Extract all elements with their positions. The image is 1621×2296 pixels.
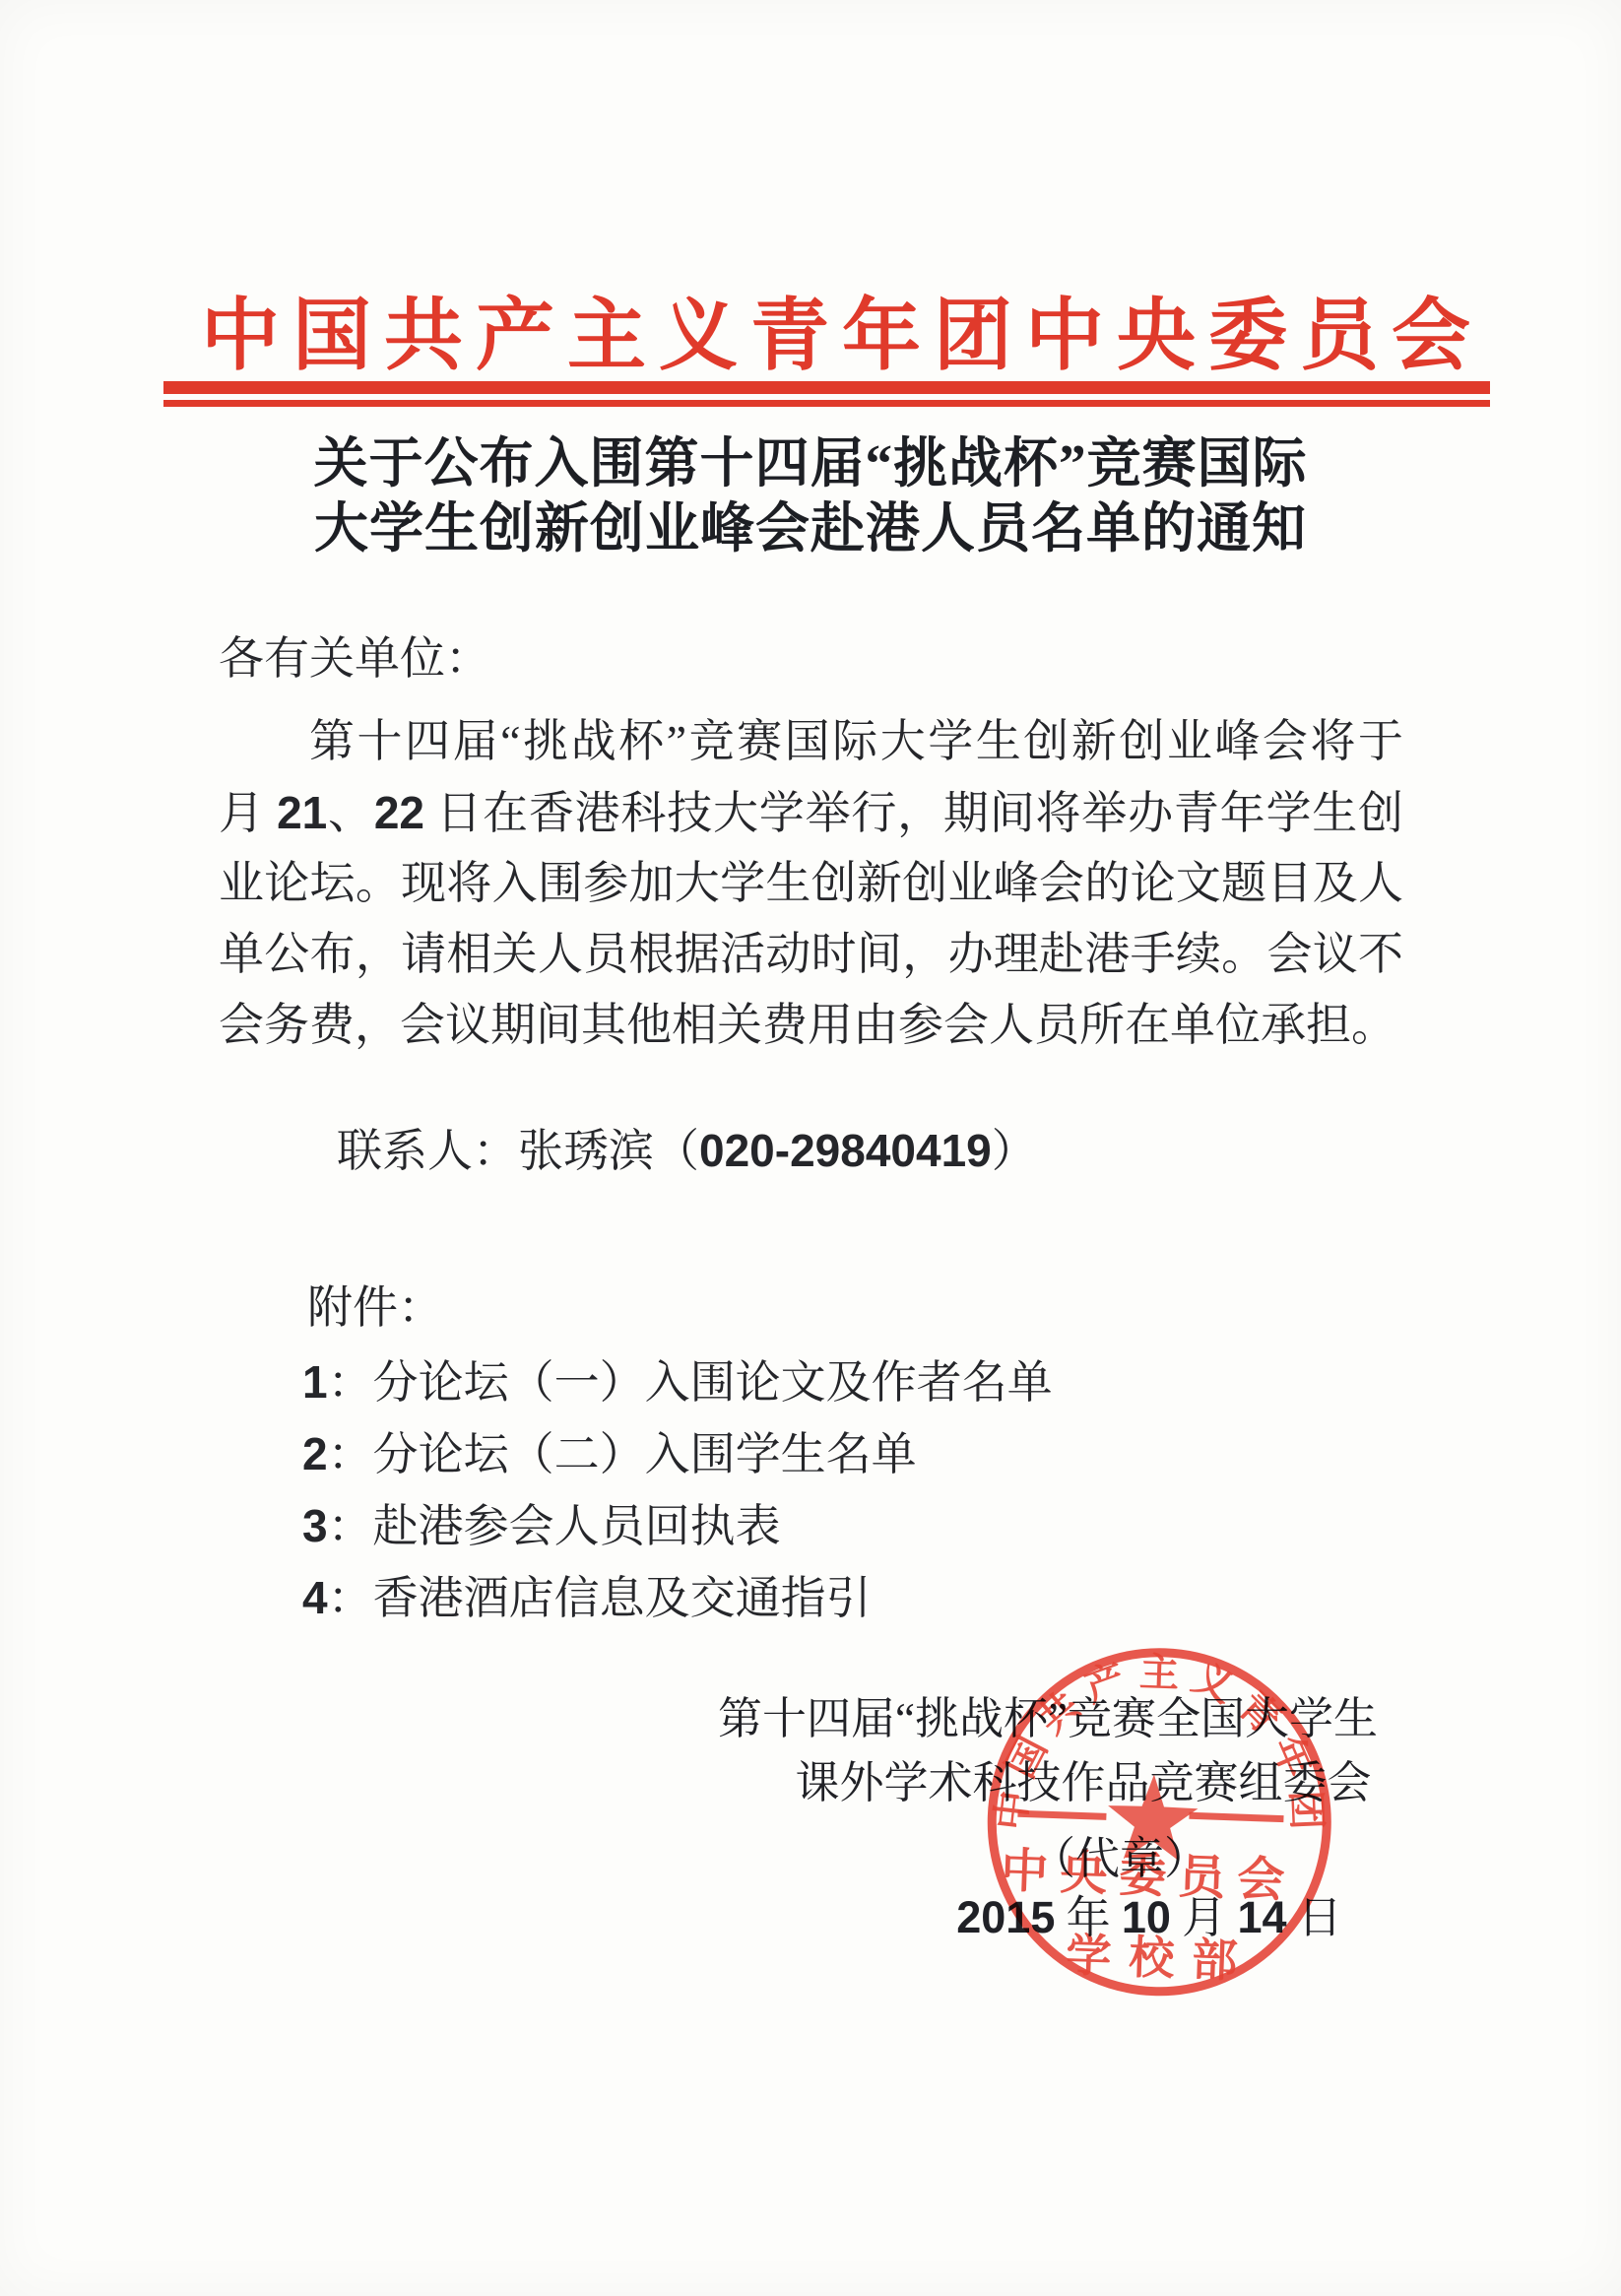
salutation: 各有关单位： [219, 629, 490, 689]
seal-right-dash [1189, 1812, 1283, 1822]
paragraph-line-4: 单公布，请相关人员根据活动时间，办理赴港手续。会议不收取 [219, 919, 1403, 990]
attachments-list: 1：分论坛（一）入围论文及作者名单 2：分论坛（二）入围学生名单 3：赴港参会人… [302, 1346, 1053, 1634]
seal-department-text: 学校部 [1066, 1931, 1257, 1988]
header-rule-thick [163, 381, 1490, 394]
document-page: 中国共产主义青年团中央委员会 关于公布入围第十四届“挑战杯”竞赛国际 大学生创新… [0, 0, 1621, 2296]
paragraph-line-5: 会务费，会议期间其他相关费用由参会人员所在单位承担。 [219, 990, 1403, 1061]
issuing-org-header: 中国共产主义青年团中央委员会 [201, 272, 1483, 385]
seal-center-text: 中央委员会 [1000, 1845, 1297, 1907]
paragraph-line-1: 第十四届“挑战杯”竞赛国际大学生创新创业峰会将于 11 [219, 706, 1403, 777]
document-title: 关于公布入围第十四届“挑战杯”竞赛国际 大学生创新创业峰会赴港人员名单的通知 [0, 431, 1621, 561]
official-red-seal: 中国共产主义青年团 中央委员会 学校部 [968, 1630, 1365, 2027]
attachment-item-4: 4：香港酒店信息及交通指引 [302, 1562, 1053, 1634]
header-rule-thin [163, 400, 1490, 407]
attachment-item-1: 1：分论坛（一）入围论文及作者名单 [302, 1346, 1053, 1418]
document-title-line-1: 关于公布入围第十四届“挑战杯”竞赛国际 [0, 431, 1621, 496]
attachments-heading: 附件： [307, 1279, 443, 1338]
paragraph-line-2: 月 21、22 日在香港科技大学举行，期间将举办青年学生创新创 [219, 777, 1403, 848]
paragraph-line-3: 业论坛。现将入围参加大学生创新创业峰会的论文题目及人员名 [219, 848, 1403, 919]
contact-line: 联系人：张琇滨（020-29840419） [337, 1121, 1037, 1181]
attachment-item-3: 3：赴港参会人员回执表 [302, 1490, 1053, 1562]
body-paragraph: 第十四届“挑战杯”竞赛国际大学生创新创业峰会将于 11 月 21、22 日在香港… [219, 706, 1403, 1061]
attachment-item-2: 2：分论坛（二）入围学生名单 [302, 1418, 1053, 1490]
document-title-line-2: 大学生创新创业峰会赴港人员名单的通知 [0, 496, 1621, 561]
